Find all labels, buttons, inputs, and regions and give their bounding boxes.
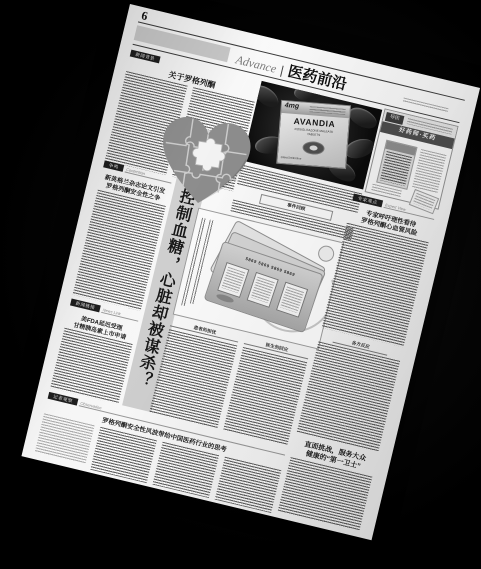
reporter-text-col2 [152, 442, 219, 498]
card-panel-2 [247, 272, 279, 308]
newspaper-page: 6 Advance | 医药前沿 导医 好药师·买药 新闻背景 关于罗格列酮 [21, 4, 480, 540]
photo-backdrop: { "page_number": "6", "header": { "engli… [0, 0, 481, 569]
ad-side-text [412, 149, 447, 194]
reporter-text-col1 [90, 427, 157, 483]
expert-text-2 [297, 341, 401, 452]
card-panel-2-text [251, 277, 275, 304]
package-pill-image [309, 145, 317, 151]
avandia-package: 4mg AVANDIA ROSIGLITAZONE MALEATE TABLET… [276, 100, 351, 169]
ad-magazine-cover [376, 140, 417, 190]
puzzle-heart-graphic [144, 104, 264, 221]
center-col2-text [223, 347, 307, 446]
package-dose: 4mg [285, 102, 300, 110]
card-panel-1 [217, 262, 249, 298]
package-strip-smalltext [309, 106, 345, 115]
ad-cover-content [380, 151, 412, 186]
ad-small-card-text [413, 193, 436, 211]
reporter-editorial-note [35, 413, 95, 464]
card-panel-3-text [280, 286, 304, 313]
card-panel-3 [276, 282, 308, 318]
reporter-text-col3 [215, 457, 282, 513]
masthead-english: Advance [234, 52, 277, 75]
package-pill-oval [302, 141, 325, 156]
news-link-tag: 新闻链接 [70, 299, 101, 313]
masthead-divider: | [279, 63, 285, 77]
package-maker: GlaxoSmithKline [281, 155, 302, 161]
card-panel-1-text [221, 267, 245, 294]
